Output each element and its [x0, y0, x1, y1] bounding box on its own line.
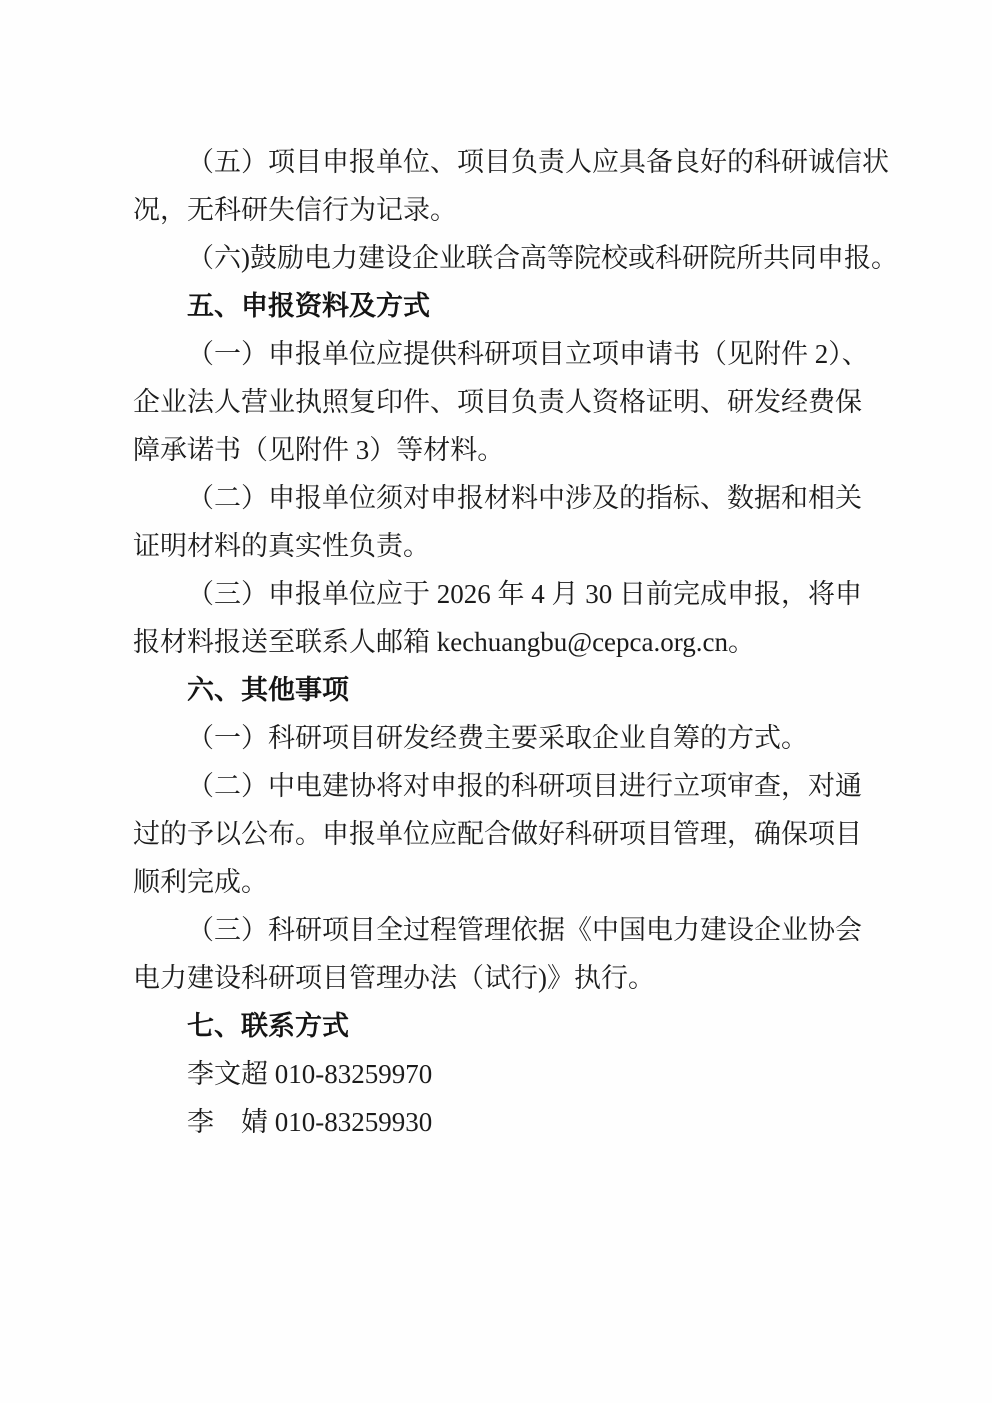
text-line: 顺利完成。 [133, 858, 860, 906]
document-body: （五）项目申报单位、项目负责人应具备良好的科研诚信状况，无科研失信行为记录。（六… [133, 138, 860, 1146]
document-page: （五）项目申报单位、项目负责人应具备良好的科研诚信状况，无科研失信行为记录。（六… [0, 0, 992, 1403]
text-line: 企业法人营业执照复印件、项目负责人资格证明、研发经费保 [133, 378, 860, 426]
text-line: 过的予以公布。申报单位应配合做好科研项目管理，确保项目 [133, 810, 860, 858]
text-line: 电力建设科研项目管理办法（试行)》执行。 [133, 954, 860, 1002]
text-line: （一）科研项目研发经费主要采取企业自筹的方式。 [133, 714, 860, 762]
text-line: （五）项目申报单位、项目负责人应具备良好的科研诚信状 [133, 138, 860, 186]
text-line: （二）中电建协将对申报的科研项目进行立项审查，对通 [133, 762, 860, 810]
text-line: （一）申报单位应提供科研项目立项申请书（见附件 2）、 [133, 330, 860, 378]
section-heading: 七、联系方式 [133, 1002, 860, 1050]
text-line: （三）科研项目全过程管理依据《中国电力建设企业协会 [133, 906, 860, 954]
text-line: （二）申报单位须对申报材料中涉及的指标、数据和相关 [133, 474, 860, 522]
text-line: 报材料报送至联系人邮箱 kechuangbu@cepca.org.cn。 [133, 618, 860, 666]
contact-line: 李 婧 010-83259930 [133, 1098, 860, 1146]
section-heading: 六、其他事项 [133, 666, 860, 714]
text-line: （三）申报单位应于 2026 年 4 月 30 日前完成申报，将申 [133, 570, 860, 618]
section-heading: 五、申报资料及方式 [133, 282, 860, 330]
contact-line: 李文超 010-83259970 [133, 1050, 860, 1098]
text-line: （六)鼓励电力建设企业联合高等院校或科研院所共同申报。 [133, 234, 860, 282]
text-line: 证明材料的真实性负责。 [133, 522, 860, 570]
text-line: 况，无科研失信行为记录。 [133, 186, 860, 234]
text-line: 障承诺书（见附件 3）等材料。 [133, 426, 860, 474]
